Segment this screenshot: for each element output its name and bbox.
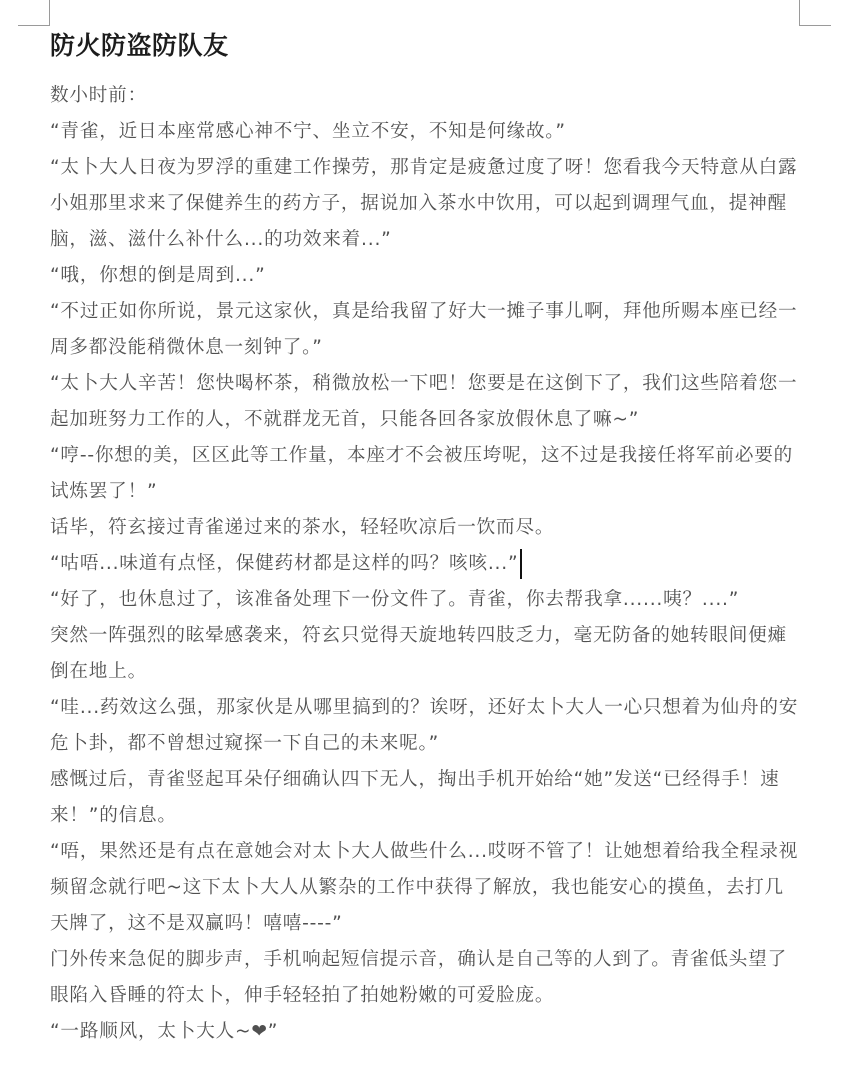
paragraph[interactable]: 感慨过后，青雀竖起耳朵仔细确认四下无人，掏出手机开始给“她”发送“已经得手！速来…: [50, 762, 800, 834]
paragraph-text[interactable]: “咕唔...味道有点怪，保健药材都是这样的吗？咳咳...”: [50, 553, 518, 574]
paragraph[interactable]: 数小时前：: [50, 78, 800, 114]
text-cursor: [520, 549, 522, 579]
paragraph[interactable]: “一路顺风，太卜大人~❤”: [50, 1014, 800, 1050]
paragraph-with-cursor[interactable]: “咕唔...味道有点怪，保健药材都是这样的吗？咳咳...”: [50, 546, 800, 582]
paragraph[interactable]: “好了，也休息过了，该准备处理下一份文件了。青雀，你去帮我拿......咦？..…: [50, 582, 800, 618]
paragraph[interactable]: 突然一阵强烈的眩晕感袭来，符玄只觉得天旋地转四肢乏力，毫无防备的她转眼间便瘫倒在…: [50, 618, 800, 690]
paragraph[interactable]: 话毕，符玄接过青雀递过来的茶水，轻轻吹凉后一饮而尽。: [50, 510, 800, 546]
paragraph[interactable]: “不过正如你所说，景元这家伙，真是给我留了好大一摊子事儿啊，拜他所赐本座已经一周…: [50, 294, 800, 366]
document-title[interactable]: 防火防盗防队友: [50, 28, 800, 64]
paragraph[interactable]: “太卜大人辛苦！您快喝杯茶，稍微放松一下吧！您要是在这倒下了，我们这些陪着您一起…: [50, 366, 800, 438]
page-corner-mark-right: [799, 0, 831, 26]
paragraph[interactable]: “哇...药效这么强，那家伙是从哪里搞到的？诶呀，还好太卜大人一心只想着为仙舟的…: [50, 690, 800, 762]
paragraph[interactable]: “青雀，近日本座常感心神不宁、坐立不安，不知是何缘故。”: [50, 114, 800, 150]
paragraph[interactable]: “哼--你想的美，区区此等工作量，本座才不会被压垮呢，这不过是我接任将军前必要的…: [50, 438, 800, 510]
paragraph[interactable]: “太卜大人日夜为罗浮的重建工作操劳，那肯定是疲惫过度了呀！您看我今天特意从白露小…: [50, 150, 800, 258]
paragraph[interactable]: 门外传来急促的脚步声，手机响起短信提示音，确认是自己等的人到了。青雀低头望了眼陷…: [50, 942, 800, 1014]
page-corner-mark-left: [18, 0, 50, 26]
paragraph[interactable]: “唔，果然还是有点在意她会对太卜大人做些什么...哎呀不管了！让她想着给我全程录…: [50, 834, 800, 942]
paragraph[interactable]: “哦，你想的倒是周到...”: [50, 258, 800, 294]
document-page[interactable]: 防火防盗防队友 数小时前： “青雀，近日本座常感心神不宁、坐立不安，不知是何缘故…: [50, 28, 800, 1050]
